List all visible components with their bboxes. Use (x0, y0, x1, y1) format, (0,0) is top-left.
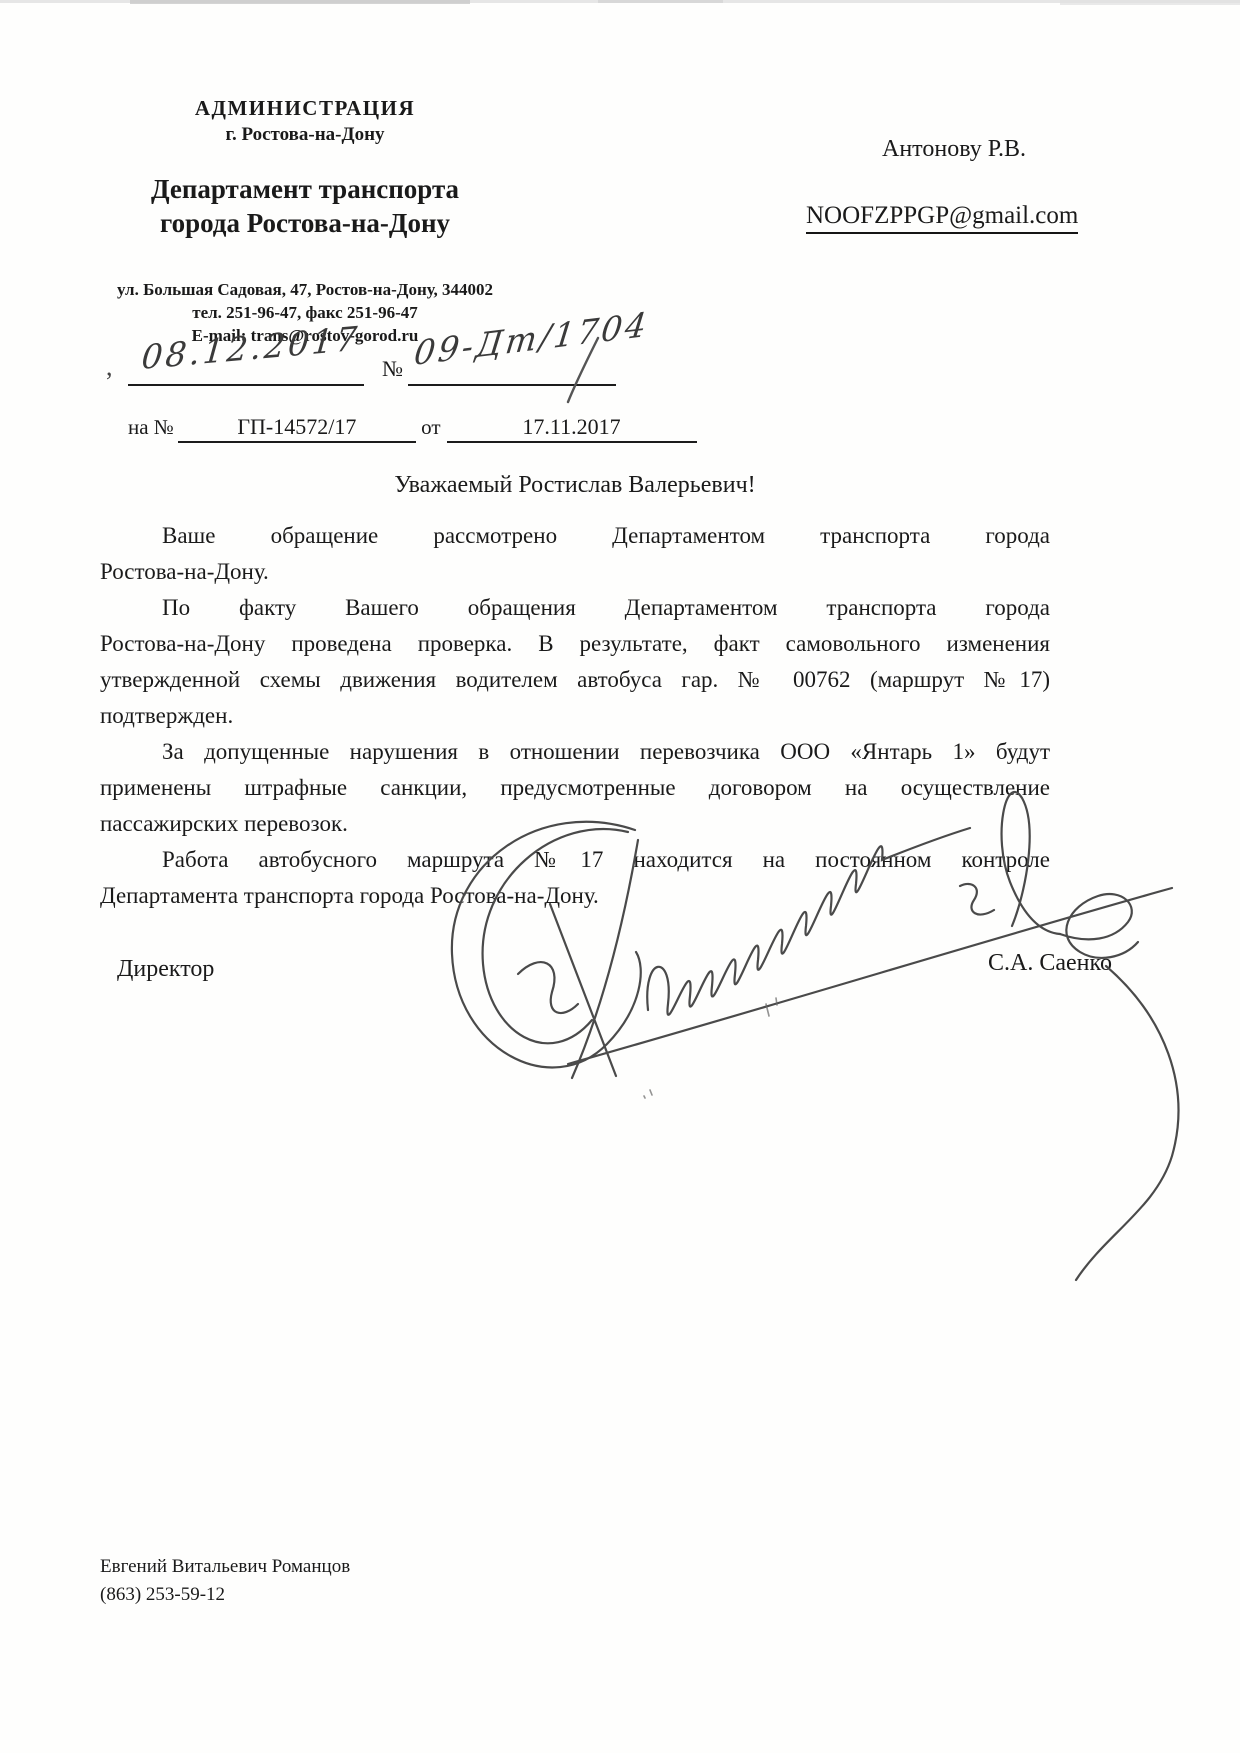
incoming-ref-number: ГП-14572/17 (237, 414, 356, 439)
org-name-line1: АДМИНИСТРАЦИЯ (75, 96, 535, 121)
body-line: По факту Вашего обращения Департаментом … (100, 590, 1050, 626)
body-line: утвержденной схемы движения водителем ав… (100, 662, 1050, 698)
body-line: За допущенные нарушения в отношении пере… (100, 734, 1050, 770)
outgoing-date-blank: 08.12.2017 (128, 336, 364, 386)
department-name-line2: города Ростова-на-Дону (75, 208, 535, 239)
stray-pen-stroke (560, 334, 605, 406)
recipient-name: Антонову Р.В. (882, 136, 1026, 163)
scanned-letter-page: АДМИНИСТРАЦИЯ г. Ростова-на-Дону Департа… (0, 0, 1240, 1753)
department-name-line1: Департамент транспорта (75, 174, 535, 205)
body-line: Ростова-на-Дону проведена проверка. В ре… (100, 626, 1050, 662)
body-line: Ваше обращение рассмотрено Департаментом… (100, 518, 1050, 554)
signer-position: Директор (117, 956, 214, 983)
salutation: Уважаемый Ростислав Валерьевич! (100, 472, 1050, 499)
executor-name: Евгений Витальевич Романцов (100, 1556, 350, 1578)
scan-smudge-artifact (130, 0, 470, 4)
incoming-ref-date: 17.11.2017 (522, 414, 620, 439)
body-line: подтвержден. (100, 698, 1050, 734)
scan-smudge-artifact (1060, 0, 1240, 5)
number-sign: № (382, 356, 403, 382)
signature-scribble (400, 768, 1180, 1288)
org-name-line2: г. Ростова-на-Дону (75, 124, 535, 146)
body-line: Ростова-на-Дону. (100, 554, 1050, 590)
ink-mark: , (106, 352, 113, 382)
scan-smudge-artifact (598, 0, 723, 3)
letterhead-phone: тел. 251-96-47, факс 251-96-47 (75, 303, 535, 323)
recipient-email: NOOFZPPGP@gmail.com (806, 202, 1078, 234)
ref-from-label: от (421, 415, 440, 439)
ref-prefix: на № (128, 415, 174, 439)
executor-phone: (863) 253-59-12 (100, 1584, 225, 1606)
letterhead-address: ул. Большая Садовая, 47, Ростов-на-Дону,… (75, 280, 535, 300)
reference-line: на №ГП-14572/17 от17.11.2017 (128, 414, 697, 443)
